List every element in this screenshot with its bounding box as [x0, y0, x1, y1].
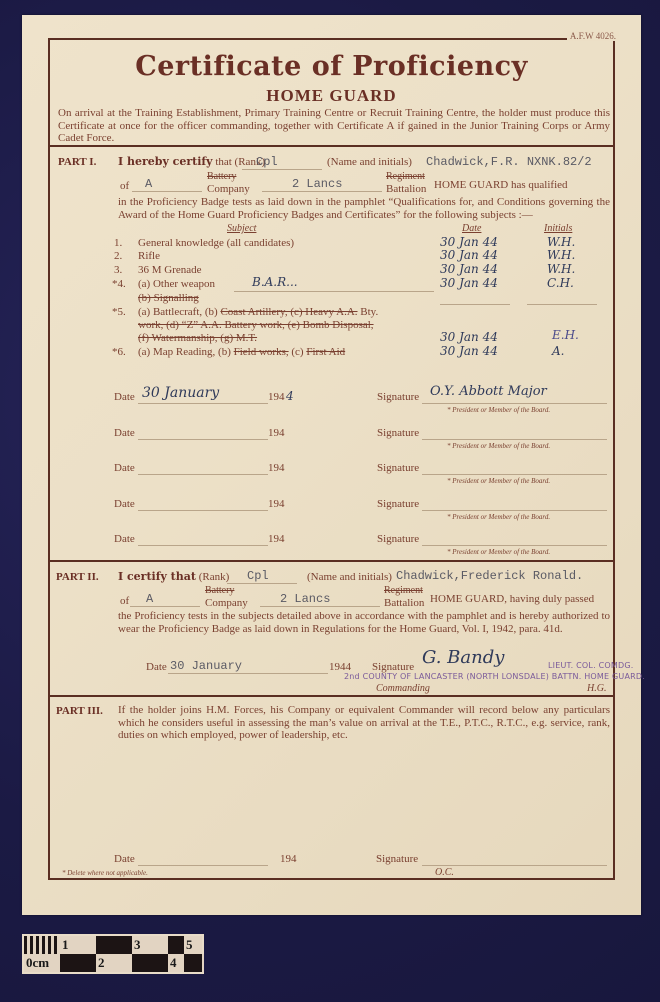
divider-part1: [48, 145, 615, 147]
part3-label: PART III.: [56, 705, 103, 717]
date-label: Date: [114, 533, 135, 545]
date-line: [138, 510, 268, 511]
col-subject: Subject: [227, 223, 256, 234]
subject-5-row2: work, (d) “Z” A.A. Battery work, (e) Bom…: [138, 319, 374, 331]
subject-6-initials: A.: [552, 344, 564, 358]
subject-4-date: 30 Jan 44: [440, 276, 498, 290]
part1-battalion-label: Battalion: [386, 183, 426, 195]
certificate-title: Certificate of Proficiency: [22, 51, 641, 82]
year-prefix: 194: [268, 391, 285, 403]
battalion-line: [262, 191, 382, 192]
part2-date-label: Date: [146, 661, 167, 673]
part1-rank: Cpl: [256, 155, 278, 169]
subject-6-struck-2: First Aid: [306, 346, 345, 358]
part1-of: of: [120, 180, 129, 192]
subject-5-struck-1: Coast Artillery, (c) Heavy A.A.: [220, 306, 357, 318]
part2-label: PART II.: [56, 571, 99, 583]
part1-label: PART I.: [58, 156, 96, 168]
signature-note: * President or Member of the Board.: [447, 513, 550, 521]
subject-4-extra: B.A.R...: [252, 275, 298, 289]
scale-bottom-0: 0cm: [24, 954, 60, 972]
part1-battery: Battery: [207, 171, 236, 182]
subject-3-initials: W.H.: [547, 262, 575, 276]
part1-regiment: Regiment: [386, 171, 425, 182]
signature-line: [422, 403, 607, 404]
subject-1-initials: W.H.: [547, 235, 575, 249]
part3-body: If the holder joins H.M. Forces, his Com…: [118, 704, 610, 742]
part3-date-label: Date: [114, 853, 135, 865]
date-line: [138, 474, 268, 475]
date-line: [138, 545, 268, 546]
part3-oc: O.C.: [435, 867, 454, 878]
part1-company-label: Company: [207, 183, 250, 195]
part2-rank-line: [227, 583, 297, 584]
part2-rank: Cpl: [247, 569, 269, 583]
subject-2-text: Rifle: [138, 250, 160, 262]
date-value: 30 January: [142, 385, 219, 401]
subject-1-date: 30 Jan 44: [440, 235, 498, 249]
part1-qualified: HOME GUARD has qualified: [434, 179, 568, 191]
part3-date-line: [138, 865, 268, 866]
scale-top-1: 1: [60, 936, 96, 954]
subject-5-date: 30 Jan 44: [440, 330, 498, 344]
part1-name: Chadwick,F.R. NXNK.82/2: [426, 155, 592, 169]
signature-label: Signature: [377, 391, 419, 403]
signature-label: Signature: [377, 427, 419, 439]
subject-4-text: (a) Other weapon: [138, 278, 215, 290]
subject-6-row: (a) Map Reading, (b) Field works, (c) Fi…: [138, 346, 345, 358]
subject-5-row1: (a) Battlecraft, (b) Coast Artillery, (c…: [138, 306, 378, 318]
part3-footnote: * Delete where not applicable.: [62, 869, 148, 877]
part2-regiment: Regiment: [384, 585, 423, 596]
part2-certify: I certify that: [118, 570, 196, 583]
signature-note: * President or Member of the Board.: [447, 548, 550, 556]
part1-certify-row: I hereby certify that (Rank): [118, 155, 265, 168]
signature-label: Signature: [377, 533, 419, 545]
signature-line: [422, 474, 607, 475]
part2-signature: G. Bandy: [422, 647, 504, 668]
year-suffix: 4: [286, 389, 294, 403]
subject-3-date: 30 Jan 44: [440, 262, 498, 276]
date-line: [138, 439, 268, 440]
signature-label: Signature: [377, 498, 419, 510]
signature-line: [422, 510, 607, 511]
part2-battalion-line: [260, 606, 380, 607]
date-label: Date: [114, 462, 135, 474]
form-code: A.F.W 4026.: [567, 31, 619, 41]
scale-bottom-3: [132, 954, 168, 972]
subject-5-row3: (f) Watermanship, (g) M.T.: [138, 332, 257, 344]
date-line: [138, 403, 268, 404]
part2-hg: H.G.: [587, 683, 606, 694]
subject-1-text: General knowledge (all candidates): [138, 237, 294, 249]
signature-line: [422, 439, 607, 440]
part2-stamp-unit: 2nd COUNTY OF LANCASTER (NORTH LONSDALE)…: [344, 672, 645, 681]
scale-bottom-5: [184, 954, 202, 972]
scale-bar: 1 3 5 0cm 2 4: [22, 934, 204, 974]
year-prefix: 194: [268, 498, 285, 510]
subject-5-initials: E.H.: [552, 328, 579, 342]
scale-bottom-2: 2: [96, 954, 132, 972]
col-date: Date: [462, 223, 481, 234]
intro-paragraph: On arrival at the Training Establishment…: [58, 107, 610, 145]
part2-rank-label: (Rank): [199, 571, 230, 583]
part2-battery: Battery: [205, 585, 234, 596]
signature-value: O.Y. Abbott Major: [430, 384, 547, 399]
subject-4-initials: C.H.: [547, 276, 574, 290]
subject-6-num: *6.: [112, 346, 126, 358]
subject-6-text-b: (c): [291, 346, 303, 358]
part2-company-line: [130, 606, 200, 607]
subject-5-text-b: Bty.: [360, 306, 378, 318]
date-label: Date: [114, 427, 135, 439]
part2-name: Chadwick,Frederick Ronald.: [396, 569, 583, 583]
scale-ticks: [24, 936, 60, 954]
subject-4b-text: (b) Signalling: [138, 292, 199, 304]
part2-stamp-rank: LIEUT. COL. COMDG.: [548, 661, 633, 670]
year-prefix: 194: [268, 427, 285, 439]
part3-year: 194: [280, 853, 297, 865]
certificate-subtitle: HOME GUARD: [22, 86, 641, 106]
subject-5-num: *5.: [112, 306, 126, 318]
part2-battalion-value: 2 Lancs: [280, 592, 330, 606]
subject-1-num: 1.: [114, 237, 122, 249]
part2-name-label: (Name and initials): [307, 571, 392, 583]
part2-of: of: [120, 595, 129, 607]
part2-passed: HOME GUARD, having duly passed: [430, 593, 594, 605]
scale-top-2: [96, 936, 132, 954]
year-prefix: 194: [268, 533, 285, 545]
part3-sig-label: Signature: [376, 853, 418, 865]
part2-commanding: Commanding: [376, 683, 430, 694]
part1-company: A: [145, 177, 152, 191]
signature-note: * President or Member of the Board.: [447, 442, 550, 450]
part1-body: in the Proficiency Badge tests as laid d…: [118, 196, 610, 221]
subject-5-text-a: (a) Battlecraft, (b): [138, 306, 218, 318]
divider-part3: [48, 695, 615, 697]
part2-battalion-label: Battalion: [384, 597, 424, 609]
scale-bottom-1: [60, 954, 96, 972]
divider-part2: [48, 560, 615, 562]
subject-3-num: 3.: [114, 264, 122, 276]
company-line: [132, 191, 202, 192]
col-initials: Initials: [544, 223, 572, 234]
part2-date-value: 30 January: [170, 659, 242, 673]
subject-6-date: 30 Jan 44: [440, 344, 498, 358]
part2-date-line: [168, 673, 328, 674]
part1-name-label: (Name and initials): [327, 156, 412, 168]
date-label: Date: [114, 391, 135, 403]
signature-line: [422, 545, 607, 546]
part3-signature-line: [422, 865, 607, 866]
signature-label: Signature: [377, 462, 419, 474]
part1-battalion-value: 2 Lancs: [292, 177, 342, 191]
part2-certify-row: I certify that (Rank): [118, 570, 229, 583]
date-label: Date: [114, 498, 135, 510]
part1-certify: I hereby certify: [118, 155, 213, 168]
signature-note: * President or Member of the Board.: [447, 477, 550, 485]
subject-4b-date-line: [440, 304, 510, 305]
subject-2-num: 2.: [114, 250, 122, 262]
part2-body: the Proficiency tests in the subjects de…: [118, 610, 610, 635]
certificate-paper: A.F.W 4026. Certificate of Proficiency H…: [22, 15, 641, 915]
other-weapon-line: [234, 291, 434, 292]
part2-company-label: Company: [205, 597, 248, 609]
subject-6-struck-1: Field works,: [234, 346, 289, 358]
scale-top-5: 5: [184, 936, 202, 954]
part2-company: A: [146, 592, 153, 606]
subject-4b-initials-line: [527, 304, 597, 305]
scale-top-3: 3: [132, 936, 168, 954]
subject-4-num: *4.: [112, 278, 126, 290]
rank-line: [242, 169, 322, 170]
subject-2-date: 30 Jan 44: [440, 248, 498, 262]
subject-3-text: 36 M Grenade: [138, 264, 202, 276]
signature-note: * President or Member of the Board.: [447, 406, 550, 414]
year-prefix: 194: [268, 462, 285, 474]
subject-2-initials: W.H.: [547, 248, 575, 262]
subject-6-text-a: (a) Map Reading, (b): [138, 346, 231, 358]
